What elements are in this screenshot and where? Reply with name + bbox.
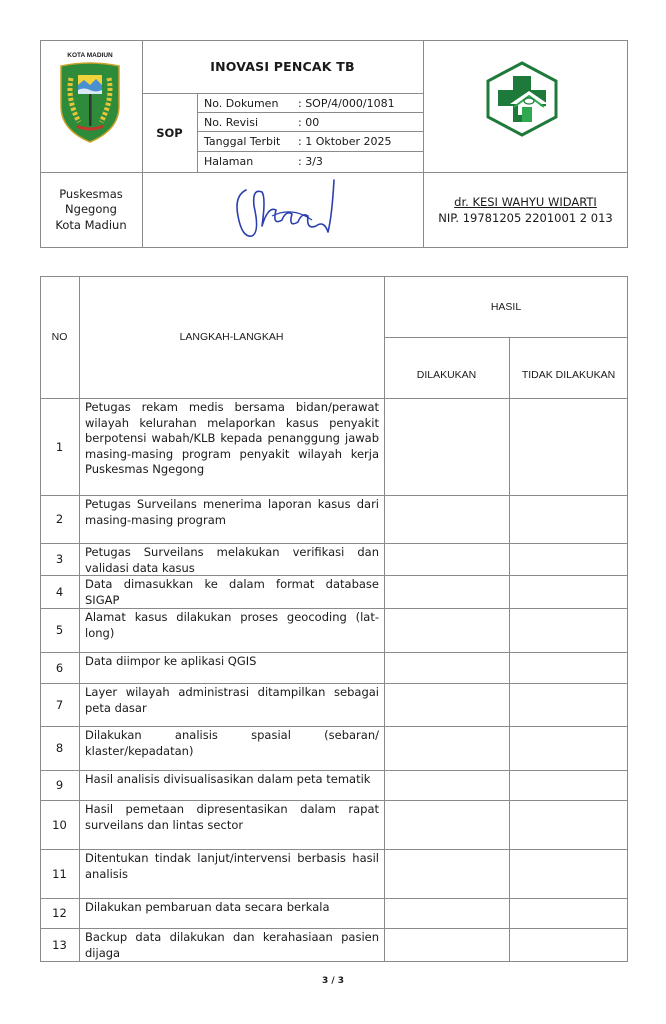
institution-line: Ngegong [65,202,117,218]
header-steps: LANGKAH-LANGKAH [79,276,384,398]
not-done-cell[interactable] [510,652,628,683]
not-done-cell[interactable] [510,800,628,849]
divider [384,337,628,338]
done-cell[interactable] [385,608,509,652]
not-done-cell[interactable] [510,898,628,928]
step-text: Petugas rekam medis bersama bidan/perawa… [85,398,379,495]
row-number: 3 [40,543,79,575]
not-done-cell[interactable] [510,398,628,495]
not-done-cell[interactable] [510,726,628,770]
sop-label: SOP [142,93,197,172]
meta-key: No. Revisi [204,116,298,129]
done-cell[interactable] [385,543,509,575]
meta-key: Tanggal Terbit [204,135,298,148]
institution-line: Kota Madiun [55,218,126,234]
done-cell[interactable] [385,849,509,898]
not-done-cell[interactable] [510,608,628,652]
meta-row-page: Halaman : 3/3 [204,152,323,171]
row-number: 12 [40,898,79,928]
not-done-cell[interactable] [510,575,628,608]
header-result: HASIL [384,276,628,337]
step-text: Hasil analisis divisualisasikan dalam pe… [85,770,379,800]
signature-icon [232,176,344,244]
row-number: 2 [40,495,79,543]
not-done-cell[interactable] [510,543,628,575]
row-number: 5 [40,608,79,652]
not-done-cell[interactable] [510,928,628,961]
row-number: 4 [40,575,79,608]
meta-row-revision: No. Revisi : 00 [204,113,319,132]
done-cell[interactable] [385,800,509,849]
done-cell[interactable] [385,495,509,543]
page-footer: 3 / 3 [0,976,666,986]
institution-line: Puskesmas [59,187,123,203]
signer-block: dr. KESI WAHYU WIDARTI NIP. 19781205 220… [423,172,628,248]
step-text: Dilakukan pembaruan data secara berkala [85,898,379,928]
meta-value: : 3/3 [298,155,323,168]
meta-value: : 1 Oktober 2025 [298,135,392,148]
row-number: 8 [40,726,79,770]
row-number: 13 [40,928,79,961]
step-text: Hasil pemetaan dipresentasikan dalam rap… [85,800,379,849]
done-cell[interactable] [385,898,509,928]
header-done: DILAKUKAN [384,345,509,405]
row-number: 6 [40,652,79,683]
row-number: 10 [40,800,79,849]
document-title: INOVASI PENCAK TB [142,40,423,93]
done-cell[interactable] [385,770,509,800]
header-not-done: TIDAK DILAKUKAN [509,345,628,405]
signer-name: dr. KESI WAHYU WIDARTI [454,194,597,210]
not-done-cell[interactable] [510,770,628,800]
puskesmas-logo-icon [484,60,560,138]
row-number: 11 [40,849,79,898]
meta-key: No. Dokumen [204,97,298,110]
meta-row-issue-date: Tanggal Terbit : 1 Oktober 2025 [204,132,392,151]
meta-value: : 00 [298,116,319,129]
step-text: Data diimpor ke aplikasi QGIS [85,652,379,683]
done-cell[interactable] [385,726,509,770]
step-text: Layer wilayah administrasi ditampilkan s… [85,683,379,726]
step-text: Petugas Surveilans menerima laporan kasu… [85,495,379,543]
row-number: 9 [40,770,79,800]
meta-key: Halaman [204,155,298,168]
done-cell[interactable] [385,928,509,961]
step-text: Dilakukan analisis spasial (sebaran/ kla… [85,726,379,770]
step-text: Petugas Surveilans melakukan verifikasi … [85,543,379,575]
not-done-cell[interactable] [510,683,628,726]
not-done-cell[interactable] [510,495,628,543]
step-text: Alamat kasus dilakukan proses geocoding … [85,608,379,652]
meta-row-document-number: No. Dokumen : SOP/4/000/1081 [204,94,395,113]
done-cell[interactable] [385,683,509,726]
logo-caption: KOTA MADIUN [55,52,125,59]
institution-name: Puskesmas Ngegong Kota Madiun [40,172,142,248]
divider [197,93,198,172]
kota-madiun-emblem-icon [57,60,123,144]
step-text: Data dimasukkan ke dalam format database… [85,575,379,608]
done-cell[interactable] [385,575,509,608]
row-number: 1 [40,398,79,495]
meta-value: : SOP/4/000/1081 [298,97,395,110]
signer-nip: NIP. 19781205 2201001 2 013 [438,210,612,226]
done-cell[interactable] [385,652,509,683]
step-text: Ditentukan tindak lanjut/intervensi berb… [85,849,379,898]
row-number: 7 [40,683,79,726]
step-text: Backup data dilakukan dan kerahasiaan pa… [85,928,379,961]
header-no: NO [40,276,79,398]
done-cell[interactable] [385,398,509,495]
not-done-cell[interactable] [510,849,628,898]
